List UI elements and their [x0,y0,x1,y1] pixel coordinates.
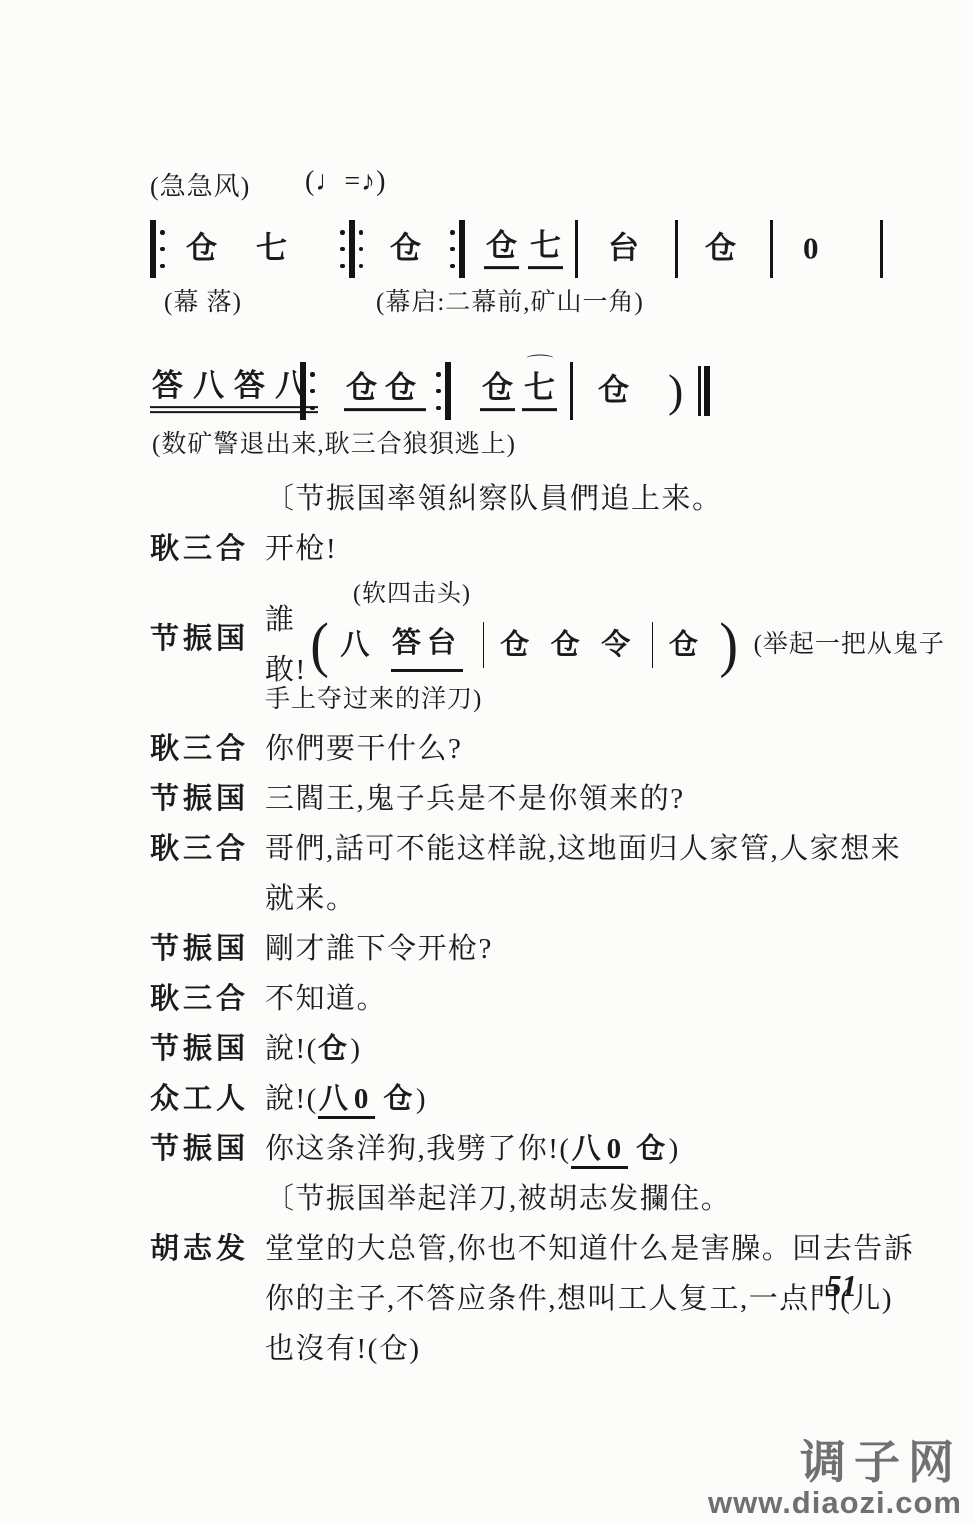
repeat-barline-open-icon [150,220,169,278]
watermark-site-name: 调子网 [708,1438,962,1486]
stage-captions: (幕 落) (幕启:二幕前,矿山一角) [150,282,942,316]
percussion-note: 七 [256,232,287,267]
speaker-name: 节振国 [150,774,265,824]
percussion-note: 仓 [551,620,582,670]
percussion-note: 仓 [480,371,515,411]
barline-icon [575,220,578,278]
dialogue-row: 耿三合 你們要干什么? [150,724,942,774]
speaker-name: 耿三合 [150,524,265,574]
percussion-note: 令 [601,620,632,670]
percussion-note: 七 [528,229,563,269]
dialogue-text: 就来。 [265,874,901,924]
barline-icon [652,622,653,668]
dialogue-text: 你們要干什么? [265,724,462,774]
barline-icon [570,362,573,420]
stage-direction: 〔节振国率領糾察队員們追上来。 [265,474,942,524]
inline-notation: 誰敢! ( 八 答台 仓 仓 令 仓 ) (举起一把从鬼子 [265,614,945,676]
dialogue-text: 不知道。 [265,974,387,1024]
percussion-note: 仓 [500,620,531,670]
speaker-name: 节振国 [150,1024,265,1074]
dialogue-row: 节振国 三閻王,鬼子兵是不是你領来的? [150,774,942,824]
repeat-barline-close-icon [446,220,465,278]
dialogue-text: 剛才誰下令开枪? [265,924,493,974]
dialogue-row: 耿三合 开枪! [150,524,942,574]
dialogue-text: 你这条洋狗,我劈了你!(八0仓) [265,1124,680,1174]
dialogue-text: 也沒有!(仓) [265,1324,914,1374]
speaker-name: 耿三合 [150,724,265,774]
percussion-annotation: (软四击头) [353,574,945,614]
dialogue-row: 耿三合 不知道。 [150,974,942,1024]
dialogue-text: 說!(八0仓) [265,1074,427,1124]
dialogue-text: 哥們,話可不能这样說,这地面归人家管,人家想来 [265,824,901,874]
speaker-name: 节振国 [150,574,265,664]
pattern-label: (急急风) [150,166,250,203]
speaker-name: 节振国 [150,924,265,974]
percussion-note-group: 八0 [571,1133,629,1169]
percussion-note: 仓 [186,232,217,267]
percussion-note: 仓 [669,620,700,670]
percussion-note: 仓 [636,1133,667,1165]
speaker-name: 节振国 [150,1124,265,1174]
dialogue-text: 說!(仓) [265,1024,362,1074]
barline-icon [483,622,484,668]
percussion-note-group: 答台 [391,618,463,672]
big-paren-close: ) [719,617,739,672]
barline-icon [880,220,883,278]
percussion-note: 八 [340,620,371,670]
percussion-note: 仓 [318,1033,349,1065]
stage-note: (举起一把从鬼子 [754,620,945,670]
percussion-note: 七⌒ [522,371,557,411]
watermark-site-url: www.diaozi.com [708,1486,962,1520]
fermata-icon: ⌒ [526,355,553,373]
speaker-name: 耿三合 [150,824,265,874]
dialogue-text: 堂堂的大总管,你也不知道什么是害臊。回去告訴 [265,1224,914,1274]
dialogue-row: 节振国 說!(仓) [150,1024,942,1074]
notation-line-2: 答八答八 仓仓 仓 七⌒ 仓 ) [150,358,942,424]
watermark: 调子网 www.diaozi.com [708,1438,962,1520]
percussion-note: 仓 [390,232,421,267]
percussion-rest: 0 [803,232,819,267]
stage-note: 手上夺过来的洋刀) [265,676,945,724]
percussion-note: 仓 [484,229,519,269]
dialogue-row: 节振国 剛才誰下令开枪? [150,924,942,974]
speaker-name: 众工人 [150,1074,265,1124]
big-paren-open: ( [310,617,330,672]
score-page: (急急风) (♩=♪) 仓 七 仓 仓 七 台 仓 0 (幕 落) (幕启:二幕… [0,0,974,1524]
entrance-caption-row: (数矿警退出来,耿三合狼狽逃上) [150,424,942,458]
tempo-mark: (♩=♪) [305,166,386,198]
repeat-barline-close-icon [432,362,451,420]
speaker-name: 胡志发 [150,1224,265,1274]
stage-direction: 〔节振国举起洋刀,被胡志发攔住。 [265,1174,942,1224]
dialogue-row: 耿三合 哥們,話可不能这样說,这地面归人家管,人家想来 就来。 [150,824,942,924]
percussion-note: 仓 [598,374,629,409]
percussion-note-group: 八0 [318,1083,376,1119]
curtain-caption: (幕 落) [164,282,242,318]
barline-icon [770,220,773,278]
dialogue-text: 开枪! [265,524,337,574]
dialogue-row: 众工人 說!(八0仓) [150,1074,942,1124]
repeat-barline-open-icon [300,362,319,420]
scene-caption: (幕启:二幕前,矿山一角) [376,282,644,318]
notation-line-1: 仓 七 仓 仓 七 台 仓 0 [150,216,942,282]
speaker-name: 耿三合 [150,974,265,1024]
entrance-caption: (数矿警退出来,耿三合狼狽逃上) [152,424,516,460]
dialogue-row: 节振国 (软四击头) 誰敢! ( 八 答台 仓 仓 令 仓 ) (举起一把从鬼子 [150,574,942,724]
dialogue-row: 节振国 你这条洋狗,我劈了你!(八0仓) [150,1124,942,1174]
dialogue-text: 三閻王,鬼子兵是不是你領来的? [265,774,685,824]
barline-icon [675,220,678,278]
page-number: 51 [826,1268,857,1304]
percussion-note: 台 [608,232,639,267]
dialogue-text: 你的主子,不答应条件,想叫工人复工,一点門(儿) [265,1274,914,1324]
closing-paren: ) [668,365,683,417]
notation-header: (急急风) (♩=♪) [150,166,942,206]
percussion-note-group: 答八答八 [150,369,318,413]
final-barline-icon [698,366,710,416]
percussion-note: 仓 [383,1083,414,1115]
percussion-note: 仓 [705,232,736,267]
repeat-barline-double-icon [336,220,367,278]
dialogue-row: 胡志发 堂堂的大总管,你也不知道什么是害臊。回去告訴 你的主子,不答应条件,想叫… [150,1224,942,1374]
percussion-note-group: 仓仓 [344,371,426,411]
